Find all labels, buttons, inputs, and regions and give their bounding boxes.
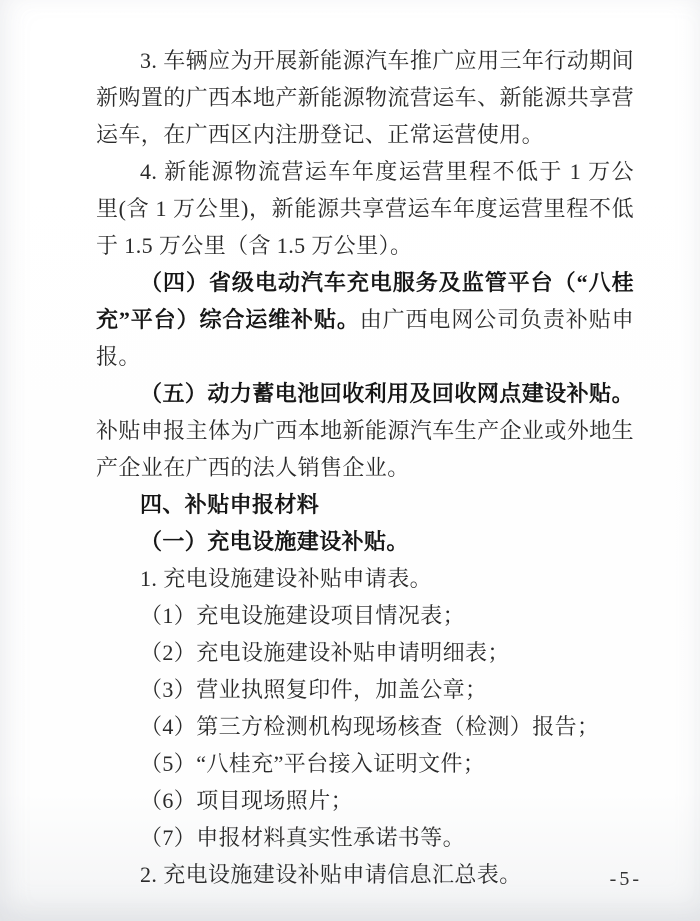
list-item-4-third-party-inspection-report: （4）第三方检测机构现场核查（检测）报告； [96,708,634,745]
list-item-summary-table: 2. 充电设施建设补贴申请信息汇总表。 [96,856,634,893]
section-5-bold-lead: （五）动力蓄电池回收利用及回收网点建设补贴。 [140,381,634,406]
list-item-application-form: 1. 充电设施建设补贴申请表。 [96,560,634,597]
para-vehicle-requirement-3: 3. 车辆应为开展新能源汽车推广应用三年行动期间新购置的广西本地产新能源物流营运… [96,42,634,153]
subsection-1-heading-charging-facility-subsidy: （一）充电设施建设补贴。 [96,523,634,560]
para-mileage-requirement-4: 4. 新能源物流营运车年度运营里程不低于 1 万公里(含 1 万公里)，新能源共… [96,153,634,264]
list-item-5-platform-access-certificate: （5）“八桂充”平台接入证明文件； [96,745,634,782]
chapter-4-heading-application-materials: 四、补贴申报材料 [96,486,634,523]
document-page: 3. 车辆应为开展新能源汽车推广应用三年行动期间新购置的广西本地产新能源物流营运… [0,0,700,921]
para-section-4-platform-subsidy: （四）省级电动汽车充电服务及监管平台（“八桂充”平台）综合运维补贴。由广西电网公… [96,264,634,375]
list-item-1-project-situation-table: （1）充电设施建设项目情况表； [96,597,634,634]
section-5-body-text: 补贴申报主体为广西本地新能源汽车生产企业或外地生产企业在广西的法人销售企业。 [96,418,634,480]
list-item-2-subsidy-detail-table: （2）充电设施建设补贴申请明细表； [96,634,634,671]
list-item-3-business-license-copy: （3）营业执照复印件，加盖公章； [96,671,634,708]
document-content: 3. 车辆应为开展新能源汽车推广应用三年行动期间新购置的广西本地产新能源物流营运… [96,42,634,893]
para-section-5-battery-recycle-subsidy: （五）动力蓄电池回收利用及回收网点建设补贴。补贴申报主体为广西本地新能源汽车生产… [96,375,634,486]
page-number: -5- [610,868,642,891]
list-item-7-authenticity-commitment: （7）申报材料真实性承诺书等。 [96,819,634,856]
list-item-6-site-photos: （6）项目现场照片； [96,782,634,819]
